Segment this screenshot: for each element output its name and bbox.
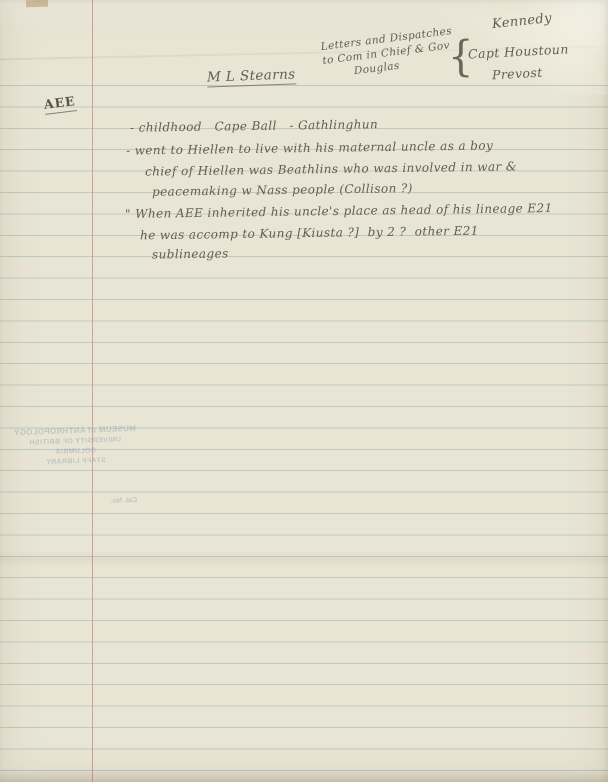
page-title-stearns: M L Stearns: [207, 66, 296, 87]
annotation-captain-prevost: Prevost: [492, 65, 543, 83]
page-bottom-edge: [0, 768, 608, 782]
library-stamp-mirrored: MUSEUM of ANTHROPOLOGY UNIVERSITY OF BRI…: [7, 424, 146, 509]
scanned-note-page: Kennedy Letters and Dispatchesto Com in …: [0, 0, 608, 782]
stamp-line-staff-library: STAFF LIBRARY: [8, 456, 144, 468]
margin-label-aee: AEE: [43, 93, 77, 115]
red-margin-line: [92, 0, 93, 782]
paper-crease: [0, 551, 608, 567]
tape-mark: [26, 0, 48, 7]
note-line: sublineages: [152, 246, 229, 261]
